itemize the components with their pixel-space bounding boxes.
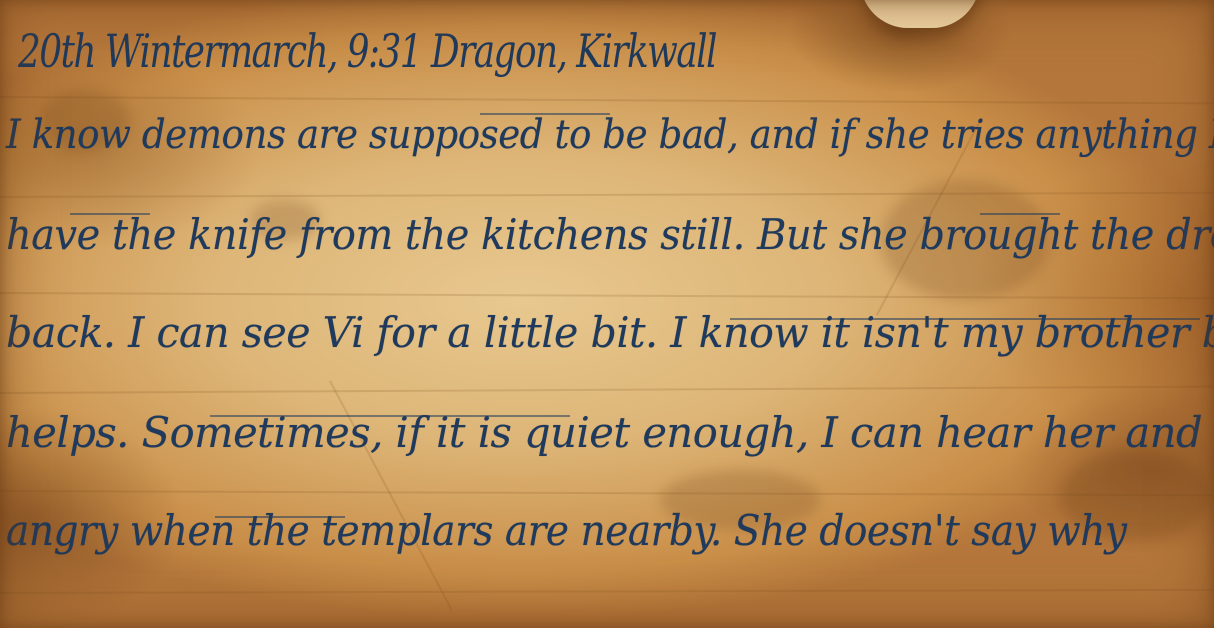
ink-crossbar-stroke <box>980 213 1060 215</box>
paper-crease <box>0 589 1214 594</box>
paper-crease <box>0 96 1214 104</box>
journal-line-4: helps. Sometimes, if it is quiet enough,… <box>6 408 1214 457</box>
journal-line-2: have the knife from the kitchens still. … <box>6 210 1214 259</box>
paper-crease <box>0 192 1214 198</box>
ink-crossbar-stroke <box>215 516 345 518</box>
ink-crossbar-stroke <box>730 318 1200 320</box>
paper-crease <box>0 386 1214 394</box>
torn-paper-corner <box>860 0 980 28</box>
parchment-page: 20th Wintermarch, 9:31 Dragon, Kirkwall … <box>0 0 1214 628</box>
journal-line-1: I know demons are supposed to be bad, an… <box>6 112 1214 158</box>
ink-crossbar-stroke <box>210 415 570 417</box>
journal-line-5: angry when the templars are nearby. She … <box>6 506 1127 555</box>
ink-crossbar-stroke <box>480 113 610 115</box>
journal-line-3: back. I can see Vi for a little bit. I k… <box>6 308 1214 357</box>
ink-crossbar-stroke <box>70 213 150 215</box>
paper-crease <box>0 292 1214 299</box>
paper-crease <box>0 490 1214 496</box>
journal-date-heading: 20th Wintermarch, 9:31 Dragon, Kirkwall <box>18 24 716 78</box>
